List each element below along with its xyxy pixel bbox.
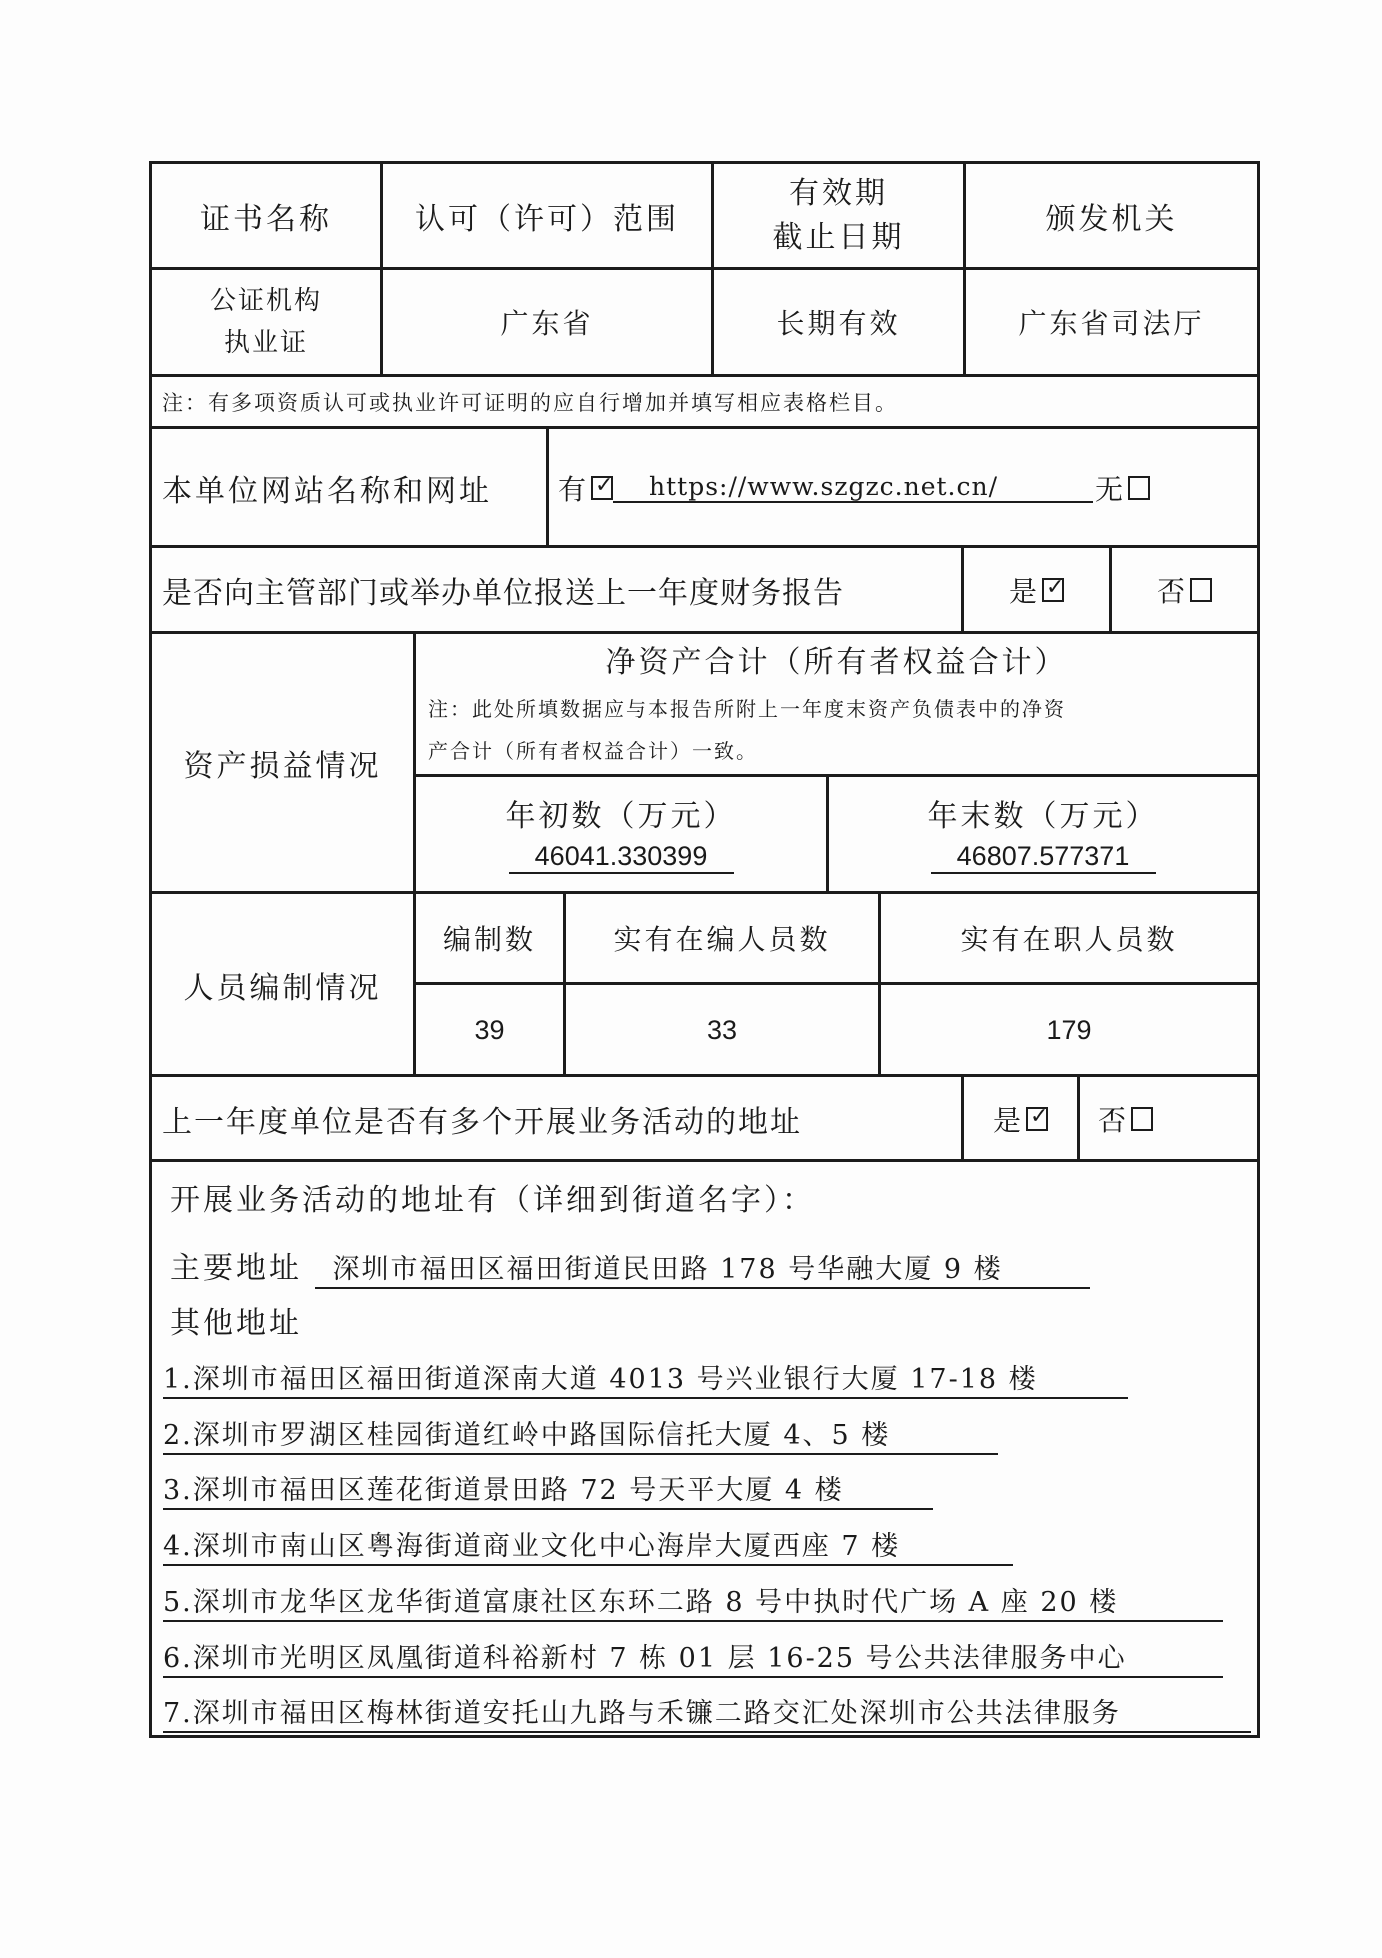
other-address-item: 2.深圳市罗湖区桂园街道红岭中路国际信托大厦 4、5 楼 [163, 1413, 998, 1455]
multi-address-no[interactable]: 否 [1098, 1077, 1153, 1160]
financial-report-yes[interactable]: 是 [964, 548, 1109, 632]
multi-address-yes-checkbox[interactable] [1026, 1107, 1048, 1131]
other-address-item: 3.深圳市福田区莲花街道景田路 72 号天平大厦 4 楼 [163, 1468, 933, 1510]
assets-title: 净资产合计（所有者权益合计） [416, 634, 1257, 684]
personnel-value-quota: 39 [416, 985, 563, 1075]
website-url: https://www.szgzc.net.cn/ [613, 472, 1093, 503]
divider [1077, 1074, 1080, 1160]
assets-begin-cell: 年初数（万元） 46041.330399 [416, 777, 826, 892]
other-address-item: 6.深圳市光明区凤凰街道科裕新村 7 栋 01 层 16-25 号公共法律服务中… [163, 1636, 1223, 1678]
assets-begin-value: 46041.330399 [509, 841, 734, 874]
personnel-header-actual-employed: 实有在职人员数 [881, 894, 1257, 982]
multi-address-yes[interactable]: 是 [964, 1077, 1077, 1160]
header-certificate-name: 证书名称 [152, 164, 380, 267]
other-address-item: 5.深圳市龙华区龙华街道富康社区东环二路 8 号中执时代广场 A 座 20 楼 [163, 1580, 1223, 1622]
personnel-value-actual-staffed: 33 [566, 985, 878, 1075]
multi-address-question: 上一年度单位是否有多个开展业务活动的地址 [162, 1077, 802, 1160]
financial-yes-checkbox[interactable] [1042, 578, 1064, 602]
website-label: 本单位网站名称和网址 [162, 429, 492, 546]
website-none-checkbox[interactable] [1128, 476, 1150, 500]
website-field: 有 https://www.szgzc.net.cn/ 无 [558, 429, 1150, 546]
main-address-value: 深圳市福田区福田街道民田路 178 号华融大厦 9 楼 [315, 1247, 1090, 1289]
financial-report-question: 是否向主管部门或举办单位报送上一年度财务报告 [162, 548, 844, 632]
assets-end-value: 46807.577371 [931, 841, 1156, 874]
header-issuer: 颁发机关 [966, 164, 1257, 267]
financial-report-no[interactable]: 否 [1112, 548, 1257, 632]
personnel-value-actual-employed: 179 [881, 985, 1257, 1075]
header-scope: 认可（许可）范围 [383, 164, 711, 267]
personnel-header-actual-staffed: 实有在编人员数 [566, 894, 878, 982]
cert-scope-cell: 广东省 [383, 270, 711, 374]
other-address-label: 其他地址 [170, 1298, 302, 1342]
personnel-section-label: 人员编制情况 [152, 894, 413, 1075]
divider [149, 1159, 1260, 1162]
cert-name-cell: 公证机构 执业证 [152, 270, 380, 374]
other-address-item: 4.深圳市南山区粤海街道商业文化中心海岸大厦西座 7 楼 [163, 1524, 1013, 1566]
assets-end-cell: 年末数（万元） 46807.577371 [829, 777, 1257, 892]
cert-issuer-cell: 广东省司法厅 [966, 270, 1257, 374]
table-right-border [1257, 161, 1260, 1738]
financial-no-checkbox[interactable] [1190, 578, 1212, 602]
cert-validity-cell: 长期有效 [714, 270, 963, 374]
website-has-checkbox[interactable] [591, 476, 613, 500]
assets-section-label: 资产损益情况 [152, 634, 413, 892]
multi-address-no-checkbox[interactable] [1131, 1107, 1153, 1131]
other-address-item: 7.深圳市福田区梅林街道安托山九路与禾镰二路交汇处深圳市公共法律服务 [163, 1691, 1251, 1740]
main-address: 主要地址 深圳市福田区福田街道民田路 178 号华融大厦 9 楼 [170, 1243, 1090, 1289]
other-address-item: 1.深圳市福田区福田街道深南大道 4013 号兴业银行大厦 17-18 楼 [163, 1357, 1128, 1399]
certificate-note: 注：有多项资质认可或执业许可证明的应自行增加并填写相应表格栏目。 [162, 377, 898, 426]
assets-note: 注：此处所填数据应与本报告所附上一年度末资产负债表中的净资 产合计（所有者权益合… [428, 688, 1254, 772]
header-validity: 有效期 截止日期 [714, 164, 963, 267]
divider [546, 426, 549, 546]
personnel-header-quota: 编制数 [416, 894, 563, 982]
addresses-intro: 开展业务活动的地址有（详细到街道名字）： [170, 1175, 815, 1219]
